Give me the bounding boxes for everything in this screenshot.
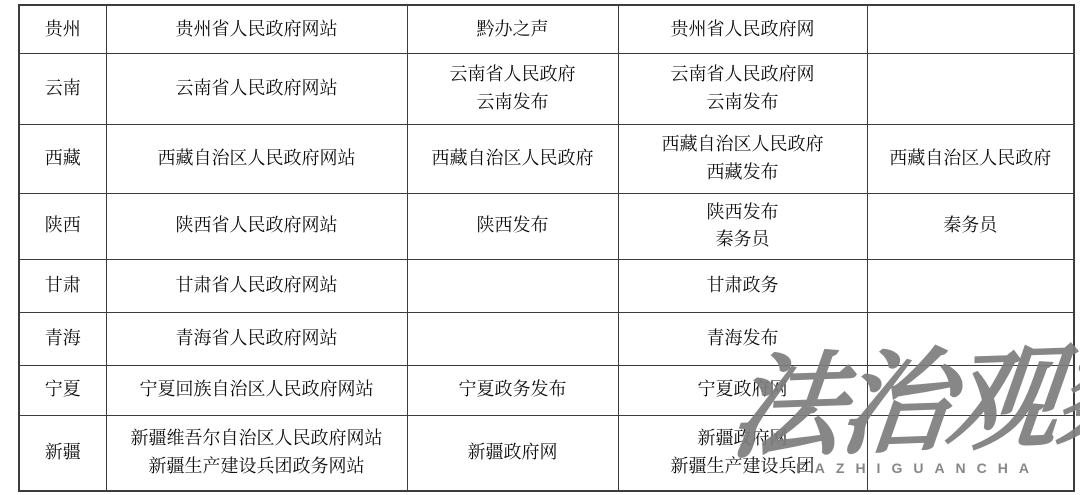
government-accounts-table: 贵州贵州省人民政府网站黔办之声贵州省人民政府网云南云南省人民政府网站云南省人民政… bbox=[18, 4, 1075, 492]
account-cell: 贵州省人民政府网 bbox=[618, 5, 867, 53]
account-cell: 新疆维吾尔自治区人民政府网站 新疆生产建设兵团政务网站 bbox=[106, 415, 407, 491]
account-cell: 西藏自治区人民政府 西藏发布 bbox=[618, 124, 867, 193]
province-cell: 青海 bbox=[19, 312, 106, 365]
table-row: 甘肃甘肃省人民政府网站甘肃政务 bbox=[19, 259, 1074, 312]
account-cell bbox=[867, 5, 1074, 53]
province-cell: 新疆 bbox=[19, 415, 106, 491]
table-row: 西藏西藏自治区人民政府网站西藏自治区人民政府西藏自治区人民政府 西藏发布西藏自治… bbox=[19, 124, 1074, 193]
province-cell: 贵州 bbox=[19, 5, 106, 53]
province-cell: 西藏 bbox=[19, 124, 106, 193]
account-cell: 云南省人民政府网站 bbox=[106, 53, 407, 124]
table-row: 新疆新疆维吾尔自治区人民政府网站 新疆生产建设兵团政务网站新疆政府网新疆政府网 … bbox=[19, 415, 1074, 491]
account-cell bbox=[867, 259, 1074, 312]
account-cell: 甘肃政务 bbox=[618, 259, 867, 312]
account-cell: 西藏自治区人民政府 bbox=[867, 124, 1074, 193]
table-body: 贵州贵州省人民政府网站黔办之声贵州省人民政府网云南云南省人民政府网站云南省人民政… bbox=[19, 5, 1074, 491]
account-cell: 西藏自治区人民政府网站 bbox=[106, 124, 407, 193]
account-cell: 宁夏政务发布 bbox=[407, 365, 618, 415]
table-row: 陕西陕西省人民政府网站陕西发布陕西发布 秦务员秦务员 bbox=[19, 193, 1074, 259]
account-cell: 青海发布 bbox=[618, 312, 867, 365]
account-cell: 陕西省人民政府网站 bbox=[106, 193, 407, 259]
account-cell: 云南省人民政府网 云南发布 bbox=[618, 53, 867, 124]
province-cell: 甘肃 bbox=[19, 259, 106, 312]
account-cell bbox=[407, 259, 618, 312]
account-cell: 青海省人民政府网站 bbox=[106, 312, 407, 365]
province-cell: 宁夏 bbox=[19, 365, 106, 415]
document-page: 贵州贵州省人民政府网站黔办之声贵州省人民政府网云南云南省人民政府网站云南省人民政… bbox=[0, 0, 1080, 495]
account-cell: 宁夏政府网 bbox=[618, 365, 867, 415]
account-cell bbox=[867, 312, 1074, 365]
account-cell: 新疆政府网 新疆生产建设兵团 bbox=[618, 415, 867, 491]
account-cell bbox=[867, 415, 1074, 491]
account-cell: 陕西发布 秦务员 bbox=[618, 193, 867, 259]
account-cell bbox=[407, 312, 618, 365]
table-row: 青海青海省人民政府网站青海发布 bbox=[19, 312, 1074, 365]
account-cell: 宁夏回族自治区人民政府网站 bbox=[106, 365, 407, 415]
province-cell: 云南 bbox=[19, 53, 106, 124]
table-row: 云南云南省人民政府网站云南省人民政府 云南发布云南省人民政府网 云南发布 bbox=[19, 53, 1074, 124]
account-cell bbox=[867, 53, 1074, 124]
account-cell: 秦务员 bbox=[867, 193, 1074, 259]
account-cell: 陕西发布 bbox=[407, 193, 618, 259]
account-cell: 西藏自治区人民政府 bbox=[407, 124, 618, 193]
account-cell: 新疆政府网 bbox=[407, 415, 618, 491]
account-cell: 云南省人民政府 云南发布 bbox=[407, 53, 618, 124]
account-cell: 黔办之声 bbox=[407, 5, 618, 53]
table-row: 贵州贵州省人民政府网站黔办之声贵州省人民政府网 bbox=[19, 5, 1074, 53]
account-cell: 贵州省人民政府网站 bbox=[106, 5, 407, 53]
account-cell bbox=[867, 365, 1074, 415]
table-row: 宁夏宁夏回族自治区人民政府网站宁夏政务发布宁夏政府网 bbox=[19, 365, 1074, 415]
province-cell: 陕西 bbox=[19, 193, 106, 259]
account-cell: 甘肃省人民政府网站 bbox=[106, 259, 407, 312]
